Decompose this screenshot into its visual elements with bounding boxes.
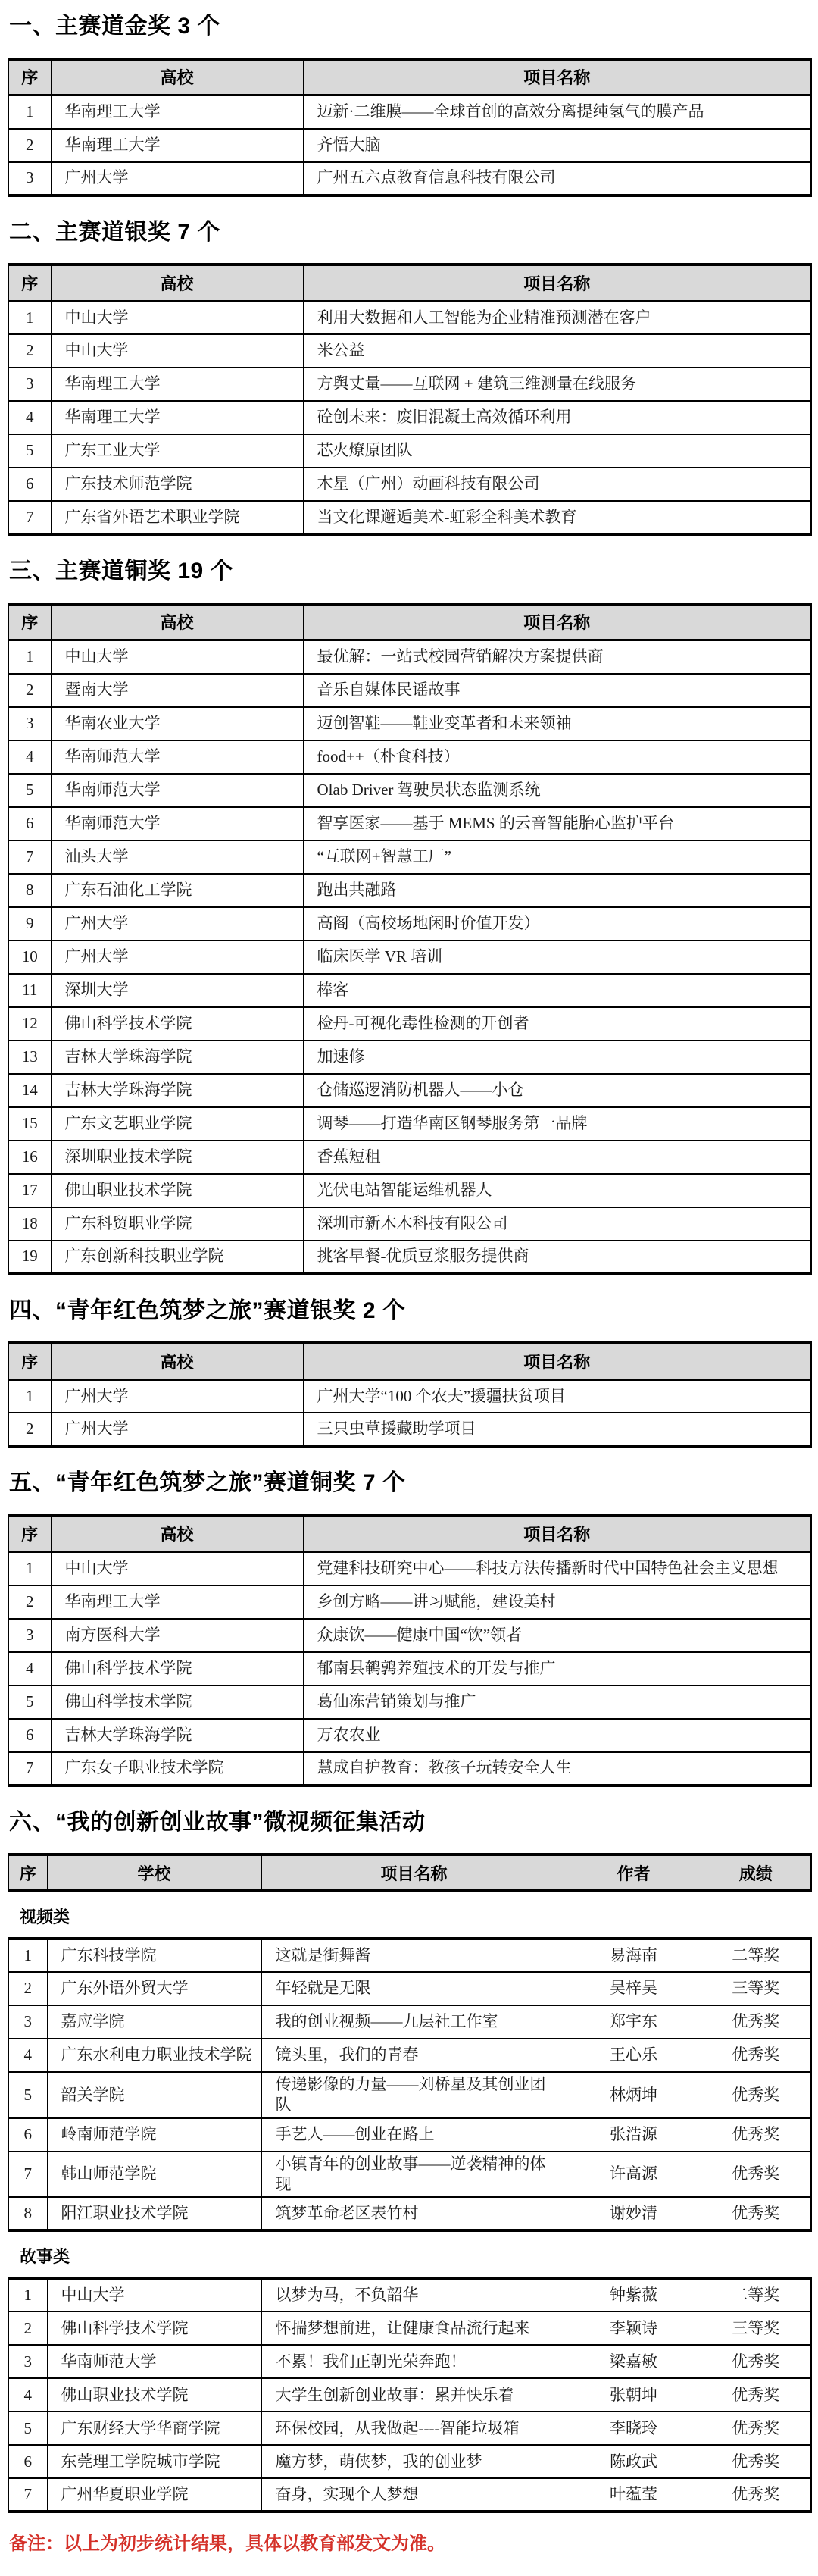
data-cell: 音乐自媒体民谣故事 xyxy=(303,674,811,707)
row-index-cell: 2 xyxy=(8,674,51,707)
column-header: 高校 xyxy=(51,264,303,301)
data-cell: 优秀奖 xyxy=(701,2005,811,2039)
group-label: 故事类 xyxy=(20,2244,812,2268)
award-table-group: 1中山大学以梦为马，不负韶华钟紫薇二等奖2佛山科学技术学院怀揣梦想前进，让健康食… xyxy=(8,2277,812,2513)
row-index-cell: 7 xyxy=(8,840,51,874)
data-cell: 这就是街舞酱 xyxy=(261,1939,567,1972)
section-title: 六、“我的创新创业故事”微视频征集活动 xyxy=(9,1808,812,1837)
data-cell: 陈政武 xyxy=(567,2445,701,2478)
table-row: 6广东技术师范学院木星（广州）动画科技有限公司 xyxy=(8,468,811,501)
row-index-cell: 4 xyxy=(8,2039,47,2072)
data-cell: 利用大数据和人工智能为企业精准预测潜在客户 xyxy=(303,301,811,334)
table-row: 1中山大学党建科技研究中心——科技方法传播新时代中国特色社会主义思想 xyxy=(8,1552,811,1585)
award-table: 序高校项目名称1中山大学最优解：一站式校园营销解决方案提供商2暨南大学音乐自媒体… xyxy=(8,603,812,1275)
data-cell: 钟紫薇 xyxy=(567,2278,701,2312)
table-row: 16深圳职业技术学院香蕉短租 xyxy=(8,1141,811,1174)
row-index-cell: 12 xyxy=(8,1007,51,1041)
data-cell: 梁嘉敏 xyxy=(567,2345,701,2378)
column-header: 学校 xyxy=(47,1855,261,1891)
section-main-gold: 一、主赛道金奖 3 个序高校项目名称1华南理工大学迈新·二维膜——全球首创的高效… xyxy=(8,12,812,197)
row-index-cell: 3 xyxy=(8,368,51,401)
data-cell: 华南理工大学 xyxy=(51,401,303,434)
data-cell: 广东女子职业技术学院 xyxy=(51,1752,303,1786)
data-cell: 中山大学 xyxy=(51,640,303,674)
data-cell: 深圳大学 xyxy=(51,974,303,1007)
row-index-cell: 7 xyxy=(8,1752,51,1786)
table-row: 5佛山科学技术学院葛仙冻营销策划与推广 xyxy=(8,1686,811,1719)
row-index-cell: 1 xyxy=(8,640,51,674)
data-cell: 三只虫草援藏助学项目 xyxy=(303,1413,811,1446)
table-row: 2中山大学米公益 xyxy=(8,334,811,368)
data-cell: 优秀奖 xyxy=(701,2412,811,2445)
section-title: 三、主赛道铜奖 19 个 xyxy=(9,557,812,586)
row-index-cell: 16 xyxy=(8,1141,51,1174)
table-body: 1中山大学党建科技研究中心——科技方法传播新时代中国特色社会主义思想2华南理工大… xyxy=(8,1552,811,1786)
column-header: 高校 xyxy=(51,1516,303,1552)
header-row: 序学校项目名称作者成绩 xyxy=(8,1855,811,1891)
table-row: 8阳江职业技术学院筑梦革命老区表竹村谢妙清优秀奖 xyxy=(8,2197,811,2230)
data-cell: 加速修 xyxy=(303,1041,811,1074)
column-header: 项目名称 xyxy=(303,1343,811,1379)
row-index-cell: 5 xyxy=(8,2412,47,2445)
row-index-cell: 1 xyxy=(8,95,51,129)
header-row: 序高校项目名称 xyxy=(8,59,811,95)
data-cell: 优秀奖 xyxy=(701,2118,811,2152)
column-header: 序 xyxy=(8,1855,47,1891)
table-row: 3广州大学广州五六点教育信息科技有限公司 xyxy=(8,162,811,196)
row-index-cell: 11 xyxy=(8,974,51,1007)
row-index-cell: 2 xyxy=(8,1585,51,1619)
data-cell: 优秀奖 xyxy=(701,2072,811,2118)
table-row: 4佛山科学技术学院郁南县鹌鹑养殖技术的开发与推广 xyxy=(8,1652,811,1686)
table-row: 1中山大学以梦为马，不负韶华钟紫薇二等奖 xyxy=(8,2278,811,2312)
data-cell: 手艺人——创业在路上 xyxy=(261,2118,567,2152)
data-cell: 香蕉短租 xyxy=(303,1141,811,1174)
row-index-cell: 1 xyxy=(8,1552,51,1585)
data-cell: 临床医学 VR 培训 xyxy=(303,941,811,974)
row-index-cell: 4 xyxy=(8,740,51,774)
row-index-cell: 5 xyxy=(8,1686,51,1719)
data-cell: 吴梓昊 xyxy=(567,1972,701,2005)
data-cell: 林炳坤 xyxy=(567,2072,701,2118)
section-micro-video: 六、“我的创新创业故事”微视频征集活动序学校项目名称作者成绩视频类1广东科技学院… xyxy=(8,1808,812,2514)
column-header: 项目名称 xyxy=(303,604,811,640)
data-cell: 不累！我们正朝光荣奔跑！ xyxy=(261,2345,567,2378)
data-cell: 优秀奖 xyxy=(701,2039,811,2072)
column-header: 项目名称 xyxy=(303,264,811,301)
data-cell: 吉林大学珠海学院 xyxy=(51,1041,303,1074)
data-cell: 大学生创新创业故事：累并快乐着 xyxy=(261,2378,567,2412)
data-cell: 李颖诗 xyxy=(567,2312,701,2345)
data-cell: 众康饮——健康中国“饮”领者 xyxy=(303,1619,811,1652)
data-cell: 三等奖 xyxy=(701,2312,811,2345)
data-cell: 佛山科学技术学院 xyxy=(47,2312,261,2345)
row-index-cell: 6 xyxy=(8,2445,47,2478)
table-row: 3华南理工大学方舆丈量——互联网 + 建筑三维测量在线服务 xyxy=(8,368,811,401)
data-cell: 华南师范大学 xyxy=(51,740,303,774)
row-index-cell: 5 xyxy=(8,774,51,807)
row-index-cell: 4 xyxy=(8,2378,47,2412)
table-row: 4广东水利电力职业技术学院镜头里，我们的青春王心乐优秀奖 xyxy=(8,2039,811,2072)
data-cell: 汕头大学 xyxy=(51,840,303,874)
table-body: 1广东科技学院这就是街舞酱易海南二等奖2广东外语外贸大学年轻就是无限吴梓昊三等奖… xyxy=(8,1939,811,2230)
table-row: 6岭南师范学院手艺人——创业在路上张浩源优秀奖 xyxy=(8,2118,811,2152)
data-cell: 佛山职业技术学院 xyxy=(47,2378,261,2412)
data-cell: 木星（广州）动画科技有限公司 xyxy=(303,468,811,501)
data-cell: 华南师范大学 xyxy=(51,807,303,840)
table-row: 10广州大学临床医学 VR 培训 xyxy=(8,941,811,974)
table-row: 7广东省外语艺术职业学院当文化课邂逅美术-虹彩全科美术教育 xyxy=(8,501,811,534)
table-row: 5广东财经大学华商学院环保校园，从我做起----智能垃圾箱李晓玲优秀奖 xyxy=(8,2412,811,2445)
data-cell: 党建科技研究中心——科技方法传播新时代中国特色社会主义思想 xyxy=(303,1552,811,1585)
row-index-cell: 6 xyxy=(8,468,51,501)
row-index-cell: 6 xyxy=(8,807,51,840)
data-cell: 砼创未来：废旧混凝土高效循环利用 xyxy=(303,401,811,434)
section-title: 一、主赛道金奖 3 个 xyxy=(9,12,812,41)
column-header: 项目名称 xyxy=(303,59,811,95)
header-row: 序高校项目名称 xyxy=(8,604,811,640)
column-header: 项目名称 xyxy=(261,1855,567,1891)
column-header: 序 xyxy=(8,264,51,301)
row-index-cell: 18 xyxy=(8,1207,51,1241)
data-cell: 小镇青年的创业故事——逆袭精神的体现 xyxy=(261,2152,567,2198)
row-index-cell: 1 xyxy=(8,2278,47,2312)
table-row: 1华南理工大学迈新·二维膜——全球首创的高效分离提纯氢气的膜产品 xyxy=(8,95,811,129)
data-cell: 吉林大学珠海学院 xyxy=(51,1719,303,1752)
data-cell: 二等奖 xyxy=(701,2278,811,2312)
table-row: 3华南师范大学不累！我们正朝光荣奔跑！梁嘉敏优秀奖 xyxy=(8,2345,811,2378)
data-cell: 东莞理工学院城市学院 xyxy=(47,2445,261,2478)
table-row: 6吉林大学珠海学院万农农业 xyxy=(8,1719,811,1752)
data-cell: 深圳职业技术学院 xyxy=(51,1141,303,1174)
data-cell: 广东财经大学华商学院 xyxy=(47,2412,261,2445)
data-cell: 葛仙冻营销策划与推广 xyxy=(303,1686,811,1719)
data-cell: 环保校园，从我做起----智能垃圾箱 xyxy=(261,2412,567,2445)
table-row: 6东莞理工学院城市学院魔方梦，萌侠梦，我的创业梦陈政武优秀奖 xyxy=(8,2445,811,2478)
table-body: 1中山大学最优解：一站式校园营销解决方案提供商2暨南大学音乐自媒体民谣故事3华南… xyxy=(8,640,811,1274)
data-cell: 华南理工大学 xyxy=(51,368,303,401)
data-cell: 优秀奖 xyxy=(701,2345,811,2378)
row-index-cell: 9 xyxy=(8,907,51,941)
data-cell: 佛山科学技术学院 xyxy=(51,1652,303,1686)
header-row: 序高校项目名称 xyxy=(8,264,811,301)
row-index-cell: 2 xyxy=(8,1972,47,2005)
data-cell: 传递影像的力量——刘桥星及其创业团队 xyxy=(261,2072,567,2118)
table-row: 1广东科技学院这就是街舞酱易海南二等奖 xyxy=(8,1939,811,1972)
data-cell: 暨南大学 xyxy=(51,674,303,707)
table-row: 9广州大学高阁（高校场地闲时价值开发） xyxy=(8,907,811,941)
data-cell: 华南理工大学 xyxy=(51,95,303,129)
table-head: 序高校项目名称 xyxy=(8,604,811,640)
section-main-bronze: 三、主赛道铜奖 19 个序高校项目名称1中山大学最优解：一站式校园营销解决方案提… xyxy=(8,557,812,1275)
row-index-cell: 8 xyxy=(8,2197,47,2230)
column-header: 作者 xyxy=(567,1855,701,1891)
data-cell: 广州大学 xyxy=(51,1379,303,1413)
table-row: 7广州华夏职业学院奋身，实现个人梦想叶蕴莹优秀奖 xyxy=(8,2478,811,2512)
award-table: 序高校项目名称1广州大学广州大学“100 个农夫”援疆扶贫项目2广州大学三只虫草… xyxy=(8,1341,812,1448)
data-cell: 奋身，实现个人梦想 xyxy=(261,2478,567,2512)
table-head: 序学校项目名称作者成绩 xyxy=(8,1855,811,1891)
column-header: 序 xyxy=(8,1516,51,1552)
data-cell: 优秀奖 xyxy=(701,2378,811,2412)
data-cell: 郑宇东 xyxy=(567,2005,701,2039)
data-cell: 镜头里，我们的青春 xyxy=(261,2039,567,2072)
data-cell: 广州五六点教育信息科技有限公司 xyxy=(303,162,811,196)
data-cell: 嘉应学院 xyxy=(47,2005,261,2039)
data-cell: 广州大学 xyxy=(51,1413,303,1446)
table-body: 1广州大学广州大学“100 个农夫”援疆扶贫项目2广州大学三只虫草援藏助学项目 xyxy=(8,1379,811,1446)
data-cell: 吉林大学珠海学院 xyxy=(51,1074,303,1107)
table-head: 序高校项目名称 xyxy=(8,59,811,95)
data-cell: 广东科贸职业学院 xyxy=(51,1207,303,1241)
data-cell: 韩山师范学院 xyxy=(47,2152,261,2198)
data-cell: 广东技术师范学院 xyxy=(51,468,303,501)
table-head: 序高校项目名称 xyxy=(8,1516,811,1552)
table-row: 7广东女子职业技术学院慧成自护教育：教孩子玩转安全人生 xyxy=(8,1752,811,1786)
row-index-cell: 15 xyxy=(8,1107,51,1141)
data-cell: 华南师范大学 xyxy=(51,774,303,807)
data-cell: 佛山职业技术学院 xyxy=(51,1174,303,1207)
row-index-cell: 3 xyxy=(8,2345,47,2378)
data-cell: 优秀奖 xyxy=(701,2152,811,2198)
table-row: 4佛山职业技术学院大学生创新创业故事：累并快乐着张朝坤优秀奖 xyxy=(8,2378,811,2412)
column-header: 序 xyxy=(8,1343,51,1379)
data-cell: 广州大学 xyxy=(51,162,303,196)
data-cell: 叶蕴莹 xyxy=(567,2478,701,2512)
data-cell: 广州大学“100 个农夫”援疆扶贫项目 xyxy=(303,1379,811,1413)
row-index-cell: 7 xyxy=(8,2152,47,2198)
row-index-cell: 5 xyxy=(8,2072,47,2118)
data-cell: 迈新·二维膜——全球首创的高效分离提纯氢气的膜产品 xyxy=(303,95,811,129)
data-cell: 深圳市新木木科技有限公司 xyxy=(303,1207,811,1241)
row-index-cell: 17 xyxy=(8,1174,51,1207)
data-cell: 我的创业视频——九层社工作室 xyxy=(261,2005,567,2039)
row-index-cell: 1 xyxy=(8,301,51,334)
row-index-cell: 6 xyxy=(8,1719,51,1752)
table-row: 18广东科贸职业学院深圳市新木木科技有限公司 xyxy=(8,1207,811,1241)
table-row: 5广东工业大学芯火燎原团队 xyxy=(8,434,811,468)
data-cell: 方舆丈量——互联网 + 建筑三维测量在线服务 xyxy=(303,368,811,401)
data-cell: 许高源 xyxy=(567,2152,701,2198)
data-cell: 广东工业大学 xyxy=(51,434,303,468)
table-body: 1中山大学利用大数据和人工智能为企业精准预测潜在客户2中山大学米公益3华南理工大… xyxy=(8,301,811,534)
data-cell: 岭南师范学院 xyxy=(47,2118,261,2152)
data-cell: 华南理工大学 xyxy=(51,129,303,162)
row-index-cell: 10 xyxy=(8,941,51,974)
table-row: 2广东外语外贸大学年轻就是无限吴梓昊三等奖 xyxy=(8,1972,811,2005)
header-row: 序高校项目名称 xyxy=(8,1343,811,1379)
data-cell: 万农农业 xyxy=(303,1719,811,1752)
data-cell: 以梦为马，不负韶华 xyxy=(261,2278,567,2312)
section-main-silver: 二、主赛道银奖 7 个序高校项目名称1中山大学利用大数据和人工智能为企业精准预测… xyxy=(8,218,812,537)
row-index-cell: 7 xyxy=(8,2478,47,2512)
data-cell: 郁南县鹌鹑养殖技术的开发与推广 xyxy=(303,1652,811,1686)
data-cell: 魔方梦，萌侠梦，我的创业梦 xyxy=(261,2445,567,2478)
group-label: 视频类 xyxy=(20,1905,812,1928)
section-title: 二、主赛道银奖 7 个 xyxy=(9,218,812,247)
data-cell: 张朝坤 xyxy=(567,2378,701,2412)
table-row: 4华南师范大学food++（朴食科技） xyxy=(8,740,811,774)
table-body: 1华南理工大学迈新·二维膜——全球首创的高效分离提纯氢气的膜产品2华南理工大学齐… xyxy=(8,95,811,196)
row-index-cell: 13 xyxy=(8,1041,51,1074)
table-head: 序高校项目名称 xyxy=(8,1343,811,1379)
data-cell: 芯火燎原团队 xyxy=(303,434,811,468)
data-cell: 优秀奖 xyxy=(701,2478,811,2512)
table-row: 5华南师范大学Olab Driver 驾驶员状态监测系统 xyxy=(8,774,811,807)
data-cell: 谢妙清 xyxy=(567,2197,701,2230)
table-row: 7汕头大学“互联网+智慧工厂” xyxy=(8,840,811,874)
data-cell: 华南农业大学 xyxy=(51,707,303,740)
row-index-cell: 14 xyxy=(8,1074,51,1107)
data-cell: 广东文艺职业学院 xyxy=(51,1107,303,1141)
data-cell: 广州大学 xyxy=(51,907,303,941)
data-cell: 米公益 xyxy=(303,334,811,368)
row-index-cell: 4 xyxy=(8,401,51,434)
data-cell: 优秀奖 xyxy=(701,2445,811,2478)
award-table-group: 1广东科技学院这就是街舞酱易海南二等奖2广东外语外贸大学年轻就是无限吴梓昊三等奖… xyxy=(8,1937,812,2232)
data-cell: 优秀奖 xyxy=(701,2197,811,2230)
table-row: 1中山大学最优解：一站式校园营销解决方案提供商 xyxy=(8,640,811,674)
row-index-cell: 2 xyxy=(8,129,51,162)
table-row: 11深圳大学棒客 xyxy=(8,974,811,1007)
data-cell: 二等奖 xyxy=(701,1939,811,1972)
data-cell: “互联网+智慧工厂” xyxy=(303,840,811,874)
column-header: 成绩 xyxy=(701,1855,811,1891)
row-index-cell: 19 xyxy=(8,1241,51,1274)
row-index-cell: 7 xyxy=(8,501,51,534)
sections-container: 一、主赛道金奖 3 个序高校项目名称1华南理工大学迈新·二维膜——全球首创的高效… xyxy=(8,12,812,2513)
row-index-cell: 1 xyxy=(8,1379,51,1413)
table-row: 19广东创新科技职业学院挑客早餐-优质豆浆服务提供商 xyxy=(8,1241,811,1274)
data-cell: 佛山科学技术学院 xyxy=(51,1686,303,1719)
data-cell: 中山大学 xyxy=(51,334,303,368)
table-row: 15广东文艺职业学院调琴——打造华南区钢琴服务第一品牌 xyxy=(8,1107,811,1141)
section-title: 五、“青年红色筑梦之旅”赛道铜奖 7 个 xyxy=(9,1469,812,1498)
data-cell: 光伏电站智能运维机器人 xyxy=(303,1174,811,1207)
data-cell: 广东省外语艺术职业学院 xyxy=(51,501,303,534)
table-row: 4华南理工大学砼创未来：废旧混凝土高效循环利用 xyxy=(8,401,811,434)
data-cell: 广东水利电力职业技术学院 xyxy=(47,2039,261,2072)
row-index-cell: 3 xyxy=(8,1619,51,1652)
row-index-cell: 1 xyxy=(8,1939,47,1972)
table-row: 17佛山职业技术学院光伏电站智能运维机器人 xyxy=(8,1174,811,1207)
data-cell: 广州华夏职业学院 xyxy=(47,2478,261,2512)
row-index-cell: 3 xyxy=(8,707,51,740)
table-row: 14吉林大学珠海学院仓储巡逻消防机器人——小仓 xyxy=(8,1074,811,1107)
data-cell: 韶关学院 xyxy=(47,2072,261,2118)
table-row: 5韶关学院传递影像的力量——刘桥星及其创业团队林炳坤优秀奖 xyxy=(8,2072,811,2118)
data-cell: 智享医家——基于 MEMS 的云音智能胎心监护平台 xyxy=(303,807,811,840)
data-cell: 阳江职业技术学院 xyxy=(47,2197,261,2230)
row-index-cell: 2 xyxy=(8,1413,51,1446)
column-header: 高校 xyxy=(51,59,303,95)
data-cell: 广州大学 xyxy=(51,941,303,974)
data-cell: 佛山科学技术学院 xyxy=(51,1007,303,1041)
section-red-route-silver: 四、“青年红色筑梦之旅”赛道银奖 2 个序高校项目名称1广州大学广州大学“100… xyxy=(8,1297,812,1448)
footer-note: 备注：以上为初步统计结果，具体以教育部发文为准。 xyxy=(9,2528,812,2555)
data-cell: 年轻就是无限 xyxy=(261,1972,567,2005)
row-index-cell: 5 xyxy=(8,434,51,468)
row-index-cell: 4 xyxy=(8,1652,51,1686)
award-table: 序高校项目名称1中山大学利用大数据和人工智能为企业精准预测潜在客户2中山大学米公… xyxy=(8,263,812,536)
column-header: 高校 xyxy=(51,1343,303,1379)
table-row: 7韩山师范学院小镇青年的创业故事——逆袭精神的体现许高源优秀奖 xyxy=(8,2152,811,2198)
data-cell: 中山大学 xyxy=(47,2278,261,2312)
row-index-cell: 2 xyxy=(8,334,51,368)
table-row: 13吉林大学珠海学院加速修 xyxy=(8,1041,811,1074)
column-header: 高校 xyxy=(51,604,303,640)
data-cell: 中山大学 xyxy=(51,301,303,334)
section-red-route-bronze: 五、“青年红色筑梦之旅”赛道铜奖 7 个序高校项目名称1中山大学党建科技研究中心… xyxy=(8,1469,812,1787)
data-cell: Olab Driver 驾驶员状态监测系统 xyxy=(303,774,811,807)
data-cell: 广东石油化工学院 xyxy=(51,874,303,907)
table-body: 1中山大学以梦为马，不负韶华钟紫薇二等奖2佛山科学技术学院怀揣梦想前进，让健康食… xyxy=(8,2278,811,2512)
table-row: 2广州大学三只虫草援藏助学项目 xyxy=(8,1413,811,1446)
table-row: 2佛山科学技术学院怀揣梦想前进，让健康食品流行起来李颖诗三等奖 xyxy=(8,2312,811,2345)
table-row: 2华南理工大学齐悟大脑 xyxy=(8,129,811,162)
data-cell: 跑出共融路 xyxy=(303,874,811,907)
column-header: 序 xyxy=(8,59,51,95)
table-row: 1广州大学广州大学“100 个农夫”援疆扶贫项目 xyxy=(8,1379,811,1413)
data-cell: 齐悟大脑 xyxy=(303,129,811,162)
table-row: 12佛山科学技术学院检丹-可视化毒性检测的开创者 xyxy=(8,1007,811,1041)
data-cell: 乡创方略——讲习赋能，建设美村 xyxy=(303,1585,811,1619)
data-cell: 南方医科大学 xyxy=(51,1619,303,1652)
data-cell: 高阁（高校场地闲时价值开发） xyxy=(303,907,811,941)
row-index-cell: 2 xyxy=(8,2312,47,2345)
table-row: 6华南师范大学智享医家——基于 MEMS 的云音智能胎心监护平台 xyxy=(8,807,811,840)
data-cell: 王心乐 xyxy=(567,2039,701,2072)
award-table: 序高校项目名称1华南理工大学迈新·二维膜——全球首创的高效分离提纯氢气的膜产品2… xyxy=(8,58,812,197)
table-row: 1中山大学利用大数据和人工智能为企业精准预测潜在客户 xyxy=(8,301,811,334)
table-head: 序高校项目名称 xyxy=(8,264,811,301)
data-cell: 易海南 xyxy=(567,1939,701,1972)
data-cell: 华南师范大学 xyxy=(47,2345,261,2378)
data-cell: 棒客 xyxy=(303,974,811,1007)
data-cell: 怀揣梦想前进，让健康食品流行起来 xyxy=(261,2312,567,2345)
table-row: 2暨南大学音乐自媒体民谣故事 xyxy=(8,674,811,707)
header-row: 序高校项目名称 xyxy=(8,1516,811,1552)
data-cell: 仓储巡逻消防机器人——小仓 xyxy=(303,1074,811,1107)
data-cell: 华南理工大学 xyxy=(51,1585,303,1619)
data-cell: 广东创新科技职业学院 xyxy=(51,1241,303,1274)
data-cell: 李晓玲 xyxy=(567,2412,701,2445)
column-header: 项目名称 xyxy=(303,1516,811,1552)
data-cell: 慧成自护教育：教孩子玩转安全人生 xyxy=(303,1752,811,1786)
table-row: 3华南农业大学迈创智鞋——鞋业变革者和未来领袖 xyxy=(8,707,811,740)
data-cell: 最优解：一站式校园营销解决方案提供商 xyxy=(303,640,811,674)
data-cell: 筑梦革命老区表竹村 xyxy=(261,2197,567,2230)
data-cell: 调琴——打造华南区钢琴服务第一品牌 xyxy=(303,1107,811,1141)
table-row: 8广东石油化工学院跑出共融路 xyxy=(8,874,811,907)
data-cell: 三等奖 xyxy=(701,1972,811,2005)
award-document: 一、主赛道金奖 3 个序高校项目名称1华南理工大学迈新·二维膜——全球首创的高效… xyxy=(0,0,818,2576)
table-row: 3南方医科大学众康饮——健康中国“饮”领者 xyxy=(8,1619,811,1652)
row-index-cell: 3 xyxy=(8,2005,47,2039)
award-table: 序高校项目名称1中山大学党建科技研究中心——科技方法传播新时代中国特色社会主义思… xyxy=(8,1514,812,1787)
data-cell: food++（朴食科技） xyxy=(303,740,811,774)
column-header: 序 xyxy=(8,604,51,640)
data-cell: 当文化课邂逅美术-虹彩全科美术教育 xyxy=(303,501,811,534)
data-cell: 张浩源 xyxy=(567,2118,701,2152)
section-title: 四、“青年红色筑梦之旅”赛道银奖 2 个 xyxy=(9,1297,812,1326)
row-index-cell: 6 xyxy=(8,2118,47,2152)
data-cell: 广东科技学院 xyxy=(47,1939,261,1972)
table-row: 3嘉应学院我的创业视频——九层社工作室郑宇东优秀奖 xyxy=(8,2005,811,2039)
data-cell: 迈创智鞋——鞋业变革者和未来领袖 xyxy=(303,707,811,740)
row-index-cell: 8 xyxy=(8,874,51,907)
row-index-cell: 3 xyxy=(8,162,51,196)
